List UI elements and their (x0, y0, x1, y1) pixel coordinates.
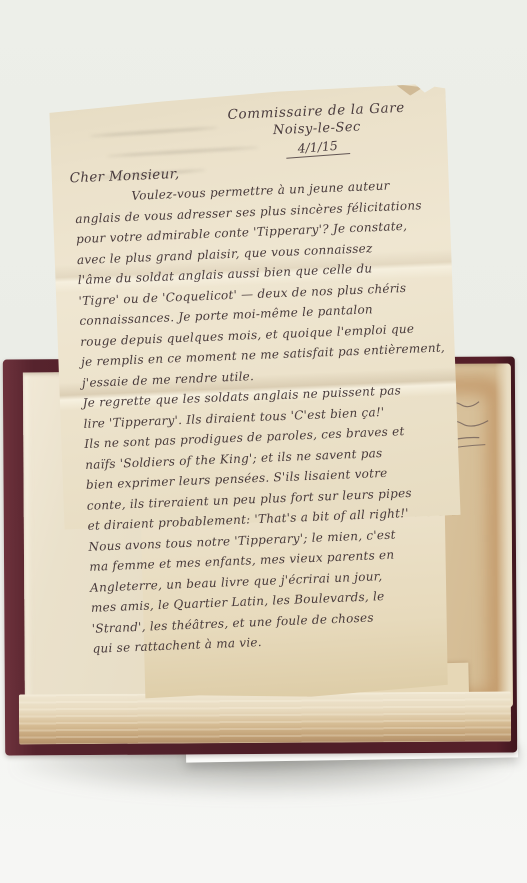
book-page-edges (19, 691, 511, 744)
letter-text: Commissaire de la Gare Noisy-le-Sec 4/1/… (46, 83, 471, 679)
letter-salutation: Cher Monsieur, (69, 166, 179, 186)
photo-backdrop: Commissaire de la Gare Noisy-le-Sec 4/1/… (0, 0, 527, 883)
letter-body: Voulez-vous permettre à un jeune auteura… (74, 171, 523, 659)
letter-date: 4/1/15 (285, 137, 350, 159)
letter-header: Commissaire de la Gare Noisy-le-Sec 4/1/… (197, 99, 437, 162)
